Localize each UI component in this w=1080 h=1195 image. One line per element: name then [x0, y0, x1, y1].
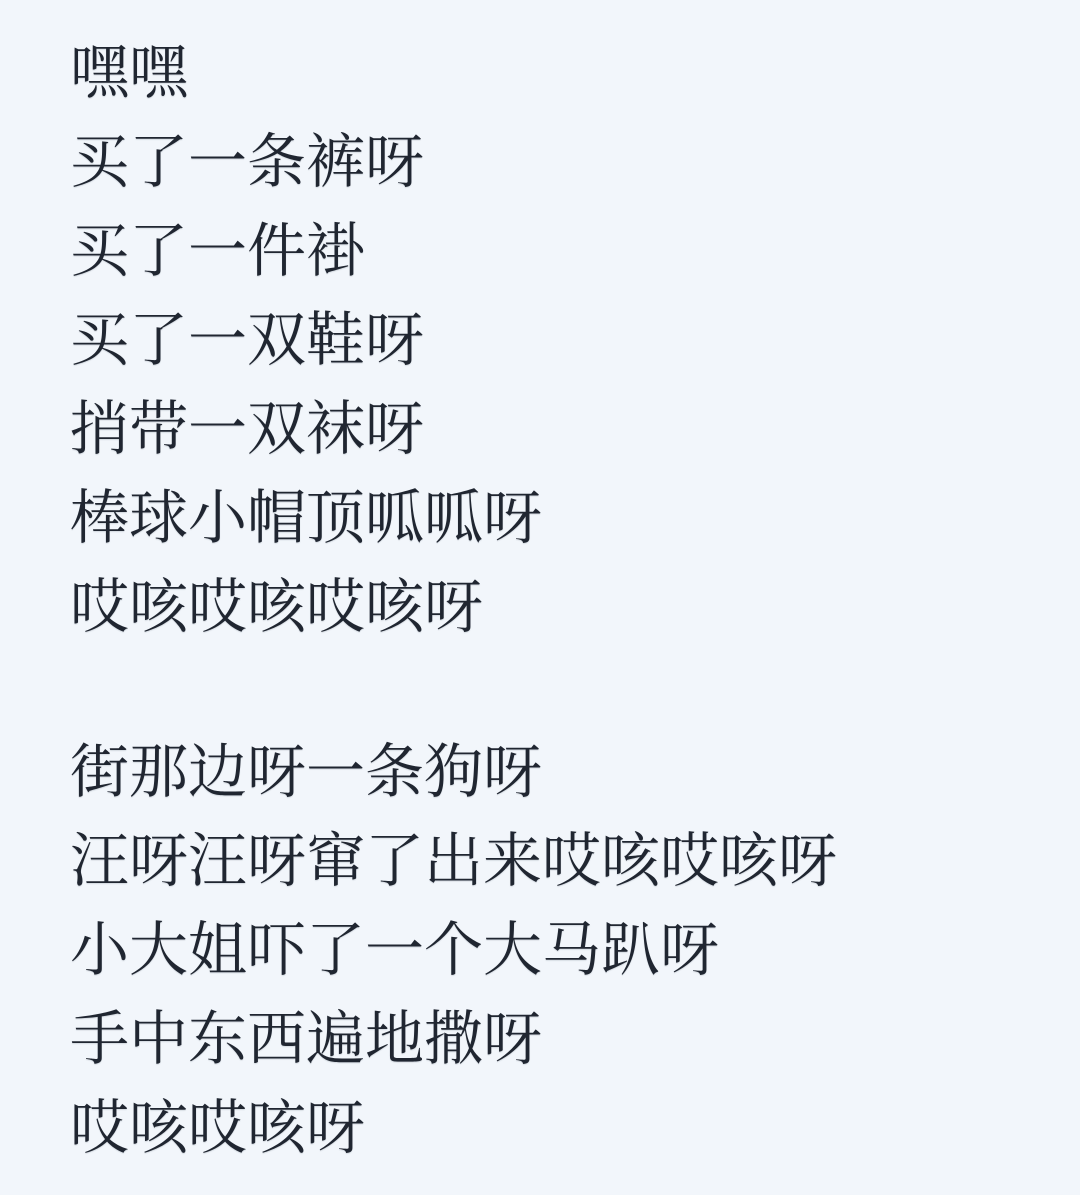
lyrics-panel: 嘿嘿买了一条裤呀买了一件褂买了一双鞋呀捎带一双袜呀棒球小帽顶呱呱呀哎咳哎咳哎咳呀… [0, 0, 1080, 1195]
lyric-line: 小大姐吓了一个大马趴呀 [70, 905, 1040, 994]
lyric-line: 哎咳哎咳哎咳呀 [70, 562, 1040, 651]
lyric-line: 买了一条裤呀 [70, 117, 1040, 206]
lyric-line: 嘿嘿 [70, 28, 1040, 117]
lyric-line-blank [70, 651, 1040, 727]
lyric-line: 手中东西遍地撒呀 [70, 994, 1040, 1083]
lyric-line: 街那边呀一条狗呀 [70, 727, 1040, 816]
lyric-line: 汪呀汪呀窜了出来哎咳哎咳呀 [70, 816, 1040, 905]
lyric-line: 买了一双鞋呀 [70, 295, 1040, 384]
lyric-line: 棒球小帽顶呱呱呀 [70, 473, 1040, 562]
lyric-line: 买了一件褂 [70, 206, 1040, 295]
lyric-line: 哎咳哎咳呀 [70, 1083, 1040, 1172]
lyric-line: 捎带一双袜呀 [70, 384, 1040, 473]
